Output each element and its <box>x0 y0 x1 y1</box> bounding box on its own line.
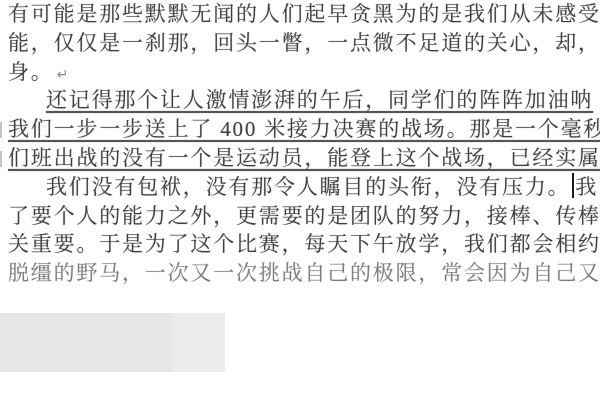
line-text: 我 <box>575 175 598 199</box>
document-line[interactable]: 身。↵ <box>8 58 600 87</box>
scan-edge-artifact <box>0 122 2 138</box>
paragraph-mark-icon: ↵ <box>57 67 69 83</box>
line-text: 身。 <box>8 60 54 84</box>
document-line[interactable]: 脱缰的野马，一次又一次挑战自己的极限，常会因为自己又 <box>8 259 600 288</box>
scan-edge-artifact <box>0 151 2 167</box>
document-line[interactable]: 有可能是那些默默无闻的人们起早贪黑为的是我们从未感受 <box>8 0 600 29</box>
document-line-underlined[interactable]: 们班出战的没有一个是运动员，能登上这个战场，已经实属 <box>8 144 600 173</box>
line-text: 我们没有包袱，没有那令人瞩目的头衔，没有压力。 <box>46 175 570 199</box>
document-text-area[interactable]: 有可能是那些默默无闻的人们起早贪黑为的是我们从未感受 能，仅仅是一刹那，回头一瞥… <box>8 0 600 288</box>
placeholder-box-segment <box>172 313 225 372</box>
document-line[interactable]: 关重要。于是为了这个比赛，每天下午放学，我们都会相约 <box>8 230 600 259</box>
placeholder-box-segment <box>0 313 172 372</box>
document-line[interactable]: 能，仅仅是一刹那，回头一瞥，一点微不足道的关心，却， <box>8 29 600 58</box>
document-line-underlined[interactable]: 还记得那个让人激情澎湃的午后，同学们的阵阵加油呐 <box>8 86 600 115</box>
document-line-underlined[interactable]: 我们一步一步送上了 400 米接力决赛的战场。那是一个毫秒 <box>8 115 600 144</box>
document-line[interactable]: 了要个人的能力之外，更需要的是团队的努力，接棒、传棒 <box>8 202 600 231</box>
document-line[interactable]: 我们没有包袱，没有那令人瞩目的头衔，没有压力。我 <box>8 173 600 202</box>
